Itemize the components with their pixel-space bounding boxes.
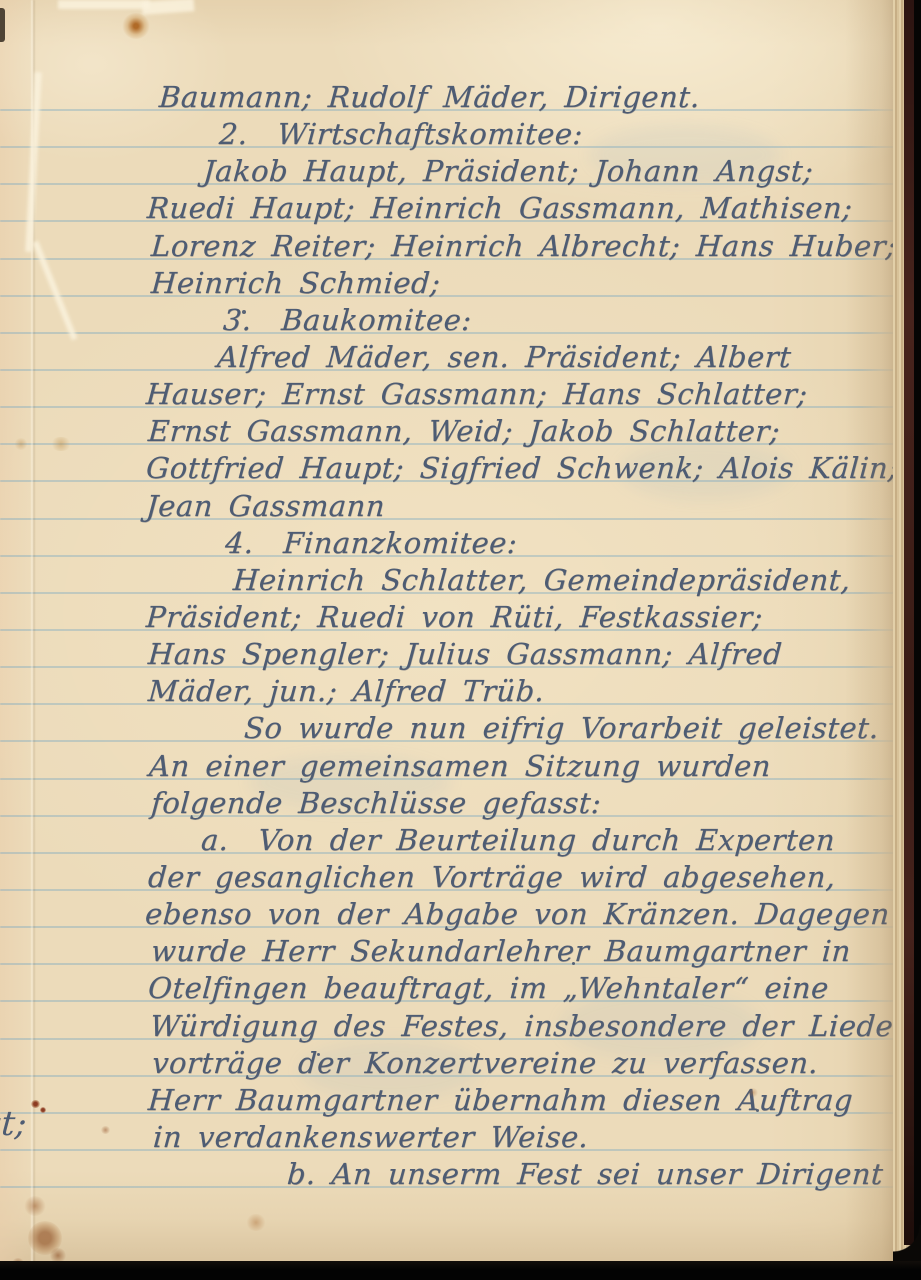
handwritten-line: Jean Gassmann	[145, 488, 386, 524]
margin-note: st;	[0, 1104, 28, 1144]
corner-ink-mark	[0, 8, 5, 42]
notebook-page: Baumann; Rudolf Mäder, Dirigent.2. Wirts…	[0, 0, 915, 1280]
handwritten-line: An einer gemeinsamen Sitzung wurden	[148, 748, 772, 784]
paper-tear	[33, 241, 78, 341]
handwritten-line: 2. Wirtschaftskomitee:	[218, 116, 584, 152]
stain	[24, 1196, 46, 1216]
handwritten-line: Ruedi Haupt; Heinrich Gassmann, Mathisen…	[146, 190, 854, 226]
handwritten-line: Otelfingen beauftragt, im „Wehntaler“ ei…	[147, 970, 830, 1006]
handwritten-line: Heinrich Schlatter, Gemeindepräsident,	[232, 562, 852, 598]
ink-dot	[317, 1053, 320, 1056]
handwritten-line: Lorenz Reiter; Heinrich Albrecht; Hans H…	[150, 228, 898, 264]
handwritten-line: Alfred Mäder, sen. Präsident; Albert	[216, 339, 793, 375]
paper-tear	[25, 72, 41, 252]
handwritten-line: ebenso von der Abgabe von Kränzen. Dageg…	[144, 896, 891, 932]
handwritten-line: Würdigung des Festes, insbesondere der L…	[149, 1008, 919, 1044]
page-edge-shadow	[845, 0, 897, 1280]
ink-dot	[242, 310, 246, 314]
handwritten-line: Heinrich Schmied;	[150, 265, 442, 301]
handwritten-line: Hauser; Ernst Gassmann; Hans Schlatter;	[145, 376, 809, 412]
stain	[50, 437, 72, 451]
background-bottom	[0, 1261, 921, 1280]
handwritten-line: Gottfried Haupt; Sigfried Schwenk; Alois…	[145, 450, 900, 486]
stain	[31, 1100, 40, 1108]
handwritten-line: der gesanglichen Vorträge wird abgesehen…	[147, 859, 837, 895]
stain	[246, 1214, 266, 1231]
handwritten-line: So wurde nun eifrig Vorarbeit geleistet.	[243, 710, 880, 746]
handwritten-line: Präsident; Ruedi von Rüti, Festkassier;	[145, 599, 764, 635]
handwritten-line: Herr Baumgartner übernahm diesen Auftrag	[147, 1082, 854, 1118]
ink-dot	[756, 1109, 759, 1112]
handwritten-line: 4. Finanzkomitee:	[224, 525, 519, 561]
handwritten-line: b. An unserm Fest sei unser Dirigent	[286, 1156, 885, 1192]
paper-tear	[142, 0, 195, 15]
handwritten-line: in verdankenswerter Weise.	[152, 1119, 590, 1155]
handwritten-line: Hans Spengler; Julius Gassmann; Alfred	[147, 636, 784, 672]
ruled-line	[0, 295, 897, 297]
stain	[40, 1107, 46, 1113]
handwritten-line: a. Von der Beurteilung durch Experten	[200, 822, 836, 858]
handwritten-line: 3. Baukomitee:	[222, 302, 473, 338]
handwritten-line: Ernst Gassmann, Weid; Jakob Schlatter;	[147, 413, 781, 449]
stain	[14, 438, 28, 450]
stain	[748, 1088, 758, 1097]
handwritten-line: Baumann; Rudolf Mäder, Dirigent.	[158, 79, 701, 115]
handwritten-line: vorträge der Konzertvereine zu verfassen…	[151, 1045, 820, 1081]
stain	[101, 1126, 110, 1134]
stain	[122, 13, 150, 39]
handwritten-line: Mäder, jun.; Alfred Trüb.	[147, 673, 546, 709]
handwritten-line: Jakob Haupt, Präsident; Johann Angst;	[202, 153, 815, 189]
handwritten-line: folgende Beschlüsse gefasst:	[150, 785, 603, 821]
handwritten-line: wurde Herr Sekundarlehrer Baumgartner in	[150, 933, 852, 969]
ruled-line	[0, 518, 897, 520]
background-right	[914, 0, 921, 1280]
paper-tear	[58, 0, 150, 9]
ink-dot	[572, 962, 575, 965]
